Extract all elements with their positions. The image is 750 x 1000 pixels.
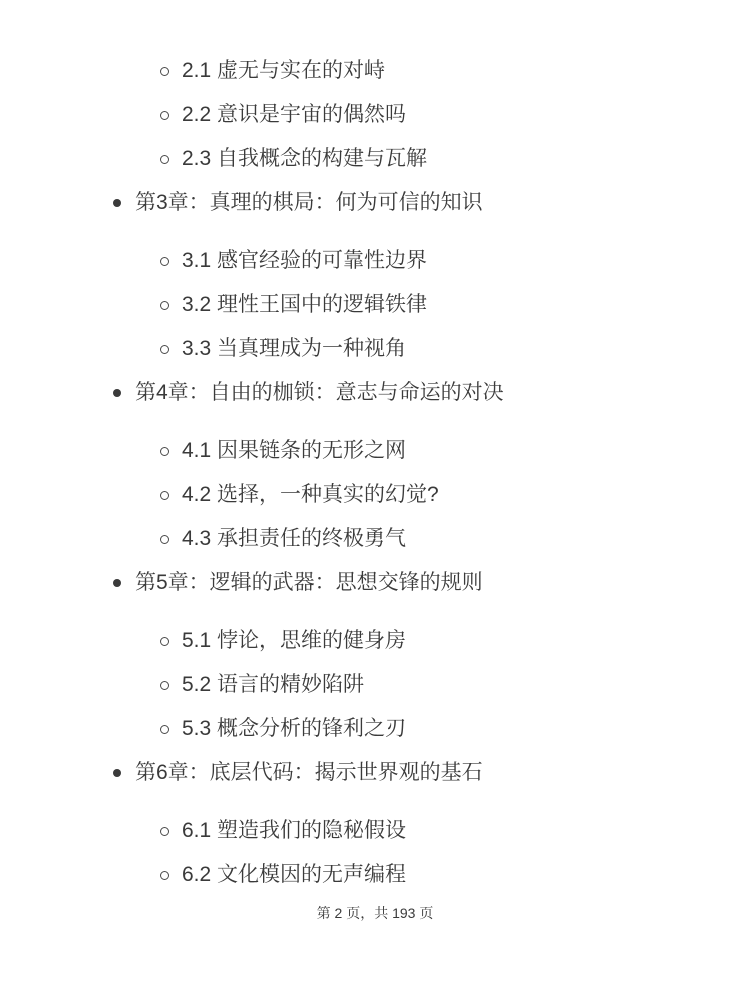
toc-sub-item: 5.1 悖论，思维的健身房 [0, 627, 750, 655]
toc-sub-label: 6.1 塑造我们的隐秘假设 [182, 817, 406, 845]
bullet-circle-icon [160, 155, 169, 164]
bullet-circle-icon [160, 345, 169, 354]
bullet-circle-icon [160, 681, 169, 690]
toc-sub-item: 5.3 概念分析的锋利之刃 [0, 715, 750, 743]
bullet-circle-icon [160, 871, 169, 880]
toc-sub-label: 4.1 因果链条的无形之网 [182, 437, 406, 465]
toc-sub-item: 2.2 意识是宇宙的偶然吗 [0, 101, 750, 129]
bullet-circle-icon [160, 491, 169, 500]
bullet-circle-icon [160, 535, 169, 544]
toc-chapter-label: 第4章：自由的枷锁：意志与命运的对决 [135, 379, 504, 407]
bullet-circle-icon [160, 725, 169, 734]
toc-chapter-item: 第3章：真理的棋局：何为可信的知识 [0, 189, 750, 217]
page-footer: 第 2 页，共 193 页 [0, 905, 750, 921]
toc-sub-label: 2.3 自我概念的构建与瓦解 [182, 145, 427, 173]
toc-sub-label: 6.2 文化模因的无声编程 [182, 861, 406, 889]
toc-chapter-item: 第5章：逻辑的武器：思想交锋的规则 [0, 569, 750, 597]
bullet-circle-icon [160, 301, 169, 310]
bullet-disc-icon [113, 769, 121, 777]
toc-sub-item: 6.1 塑造我们的隐秘假设 [0, 817, 750, 845]
toc-sub-item: 4.1 因果链条的无形之网 [0, 437, 750, 465]
toc-sub-label: 2.1 虚无与实在的对峙 [182, 57, 385, 85]
bullet-circle-icon [160, 637, 169, 646]
toc-sub-label: 3.2 理性王国中的逻辑铁律 [182, 291, 427, 319]
toc-sub-item: 2.1 虚无与实在的对峙 [0, 57, 750, 85]
bullet-disc-icon [113, 389, 121, 397]
toc-chapter-label: 第6章：底层代码：揭示世界观的基石 [135, 759, 483, 787]
toc-chapter-item: 第6章：底层代码：揭示世界观的基石 [0, 759, 750, 787]
bullet-circle-icon [160, 827, 169, 836]
bullet-circle-icon [160, 111, 169, 120]
bullet-circle-icon [160, 67, 169, 76]
toc-sub-item: 2.3 自我概念的构建与瓦解 [0, 145, 750, 173]
bullet-disc-icon [113, 199, 121, 207]
toc-sub-label: 2.2 意识是宇宙的偶然吗 [182, 101, 406, 129]
toc-sub-item: 4.3 承担责任的终极勇气 [0, 525, 750, 553]
page-indicator: 第 2 页，共 193 页 [317, 905, 434, 921]
bullet-circle-icon [160, 257, 169, 266]
toc-chapter-label: 第5章：逻辑的武器：思想交锋的规则 [135, 569, 483, 597]
toc-chapter-label: 第3章：真理的棋局：何为可信的知识 [135, 189, 483, 217]
bullet-disc-icon [113, 579, 121, 587]
toc-sub-label: 4.2 选择，一种真实的幻觉? [182, 481, 439, 509]
toc-sub-item: 3.3 当真理成为一种视角 [0, 335, 750, 363]
document-page: 2.1 虚无与实在的对峙 2.2 意识是宇宙的偶然吗 2.3 自我概念的构建与瓦… [0, 0, 750, 921]
toc-sub-label: 3.1 感官经验的可靠性边界 [182, 247, 427, 275]
toc-chapter-item: 第4章：自由的枷锁：意志与命运的对决 [0, 379, 750, 407]
toc-sub-item: 6.2 文化模因的无声编程 [0, 861, 750, 889]
toc-sub-item: 3.2 理性王国中的逻辑铁律 [0, 291, 750, 319]
toc-sub-label: 5.3 概念分析的锋利之刃 [182, 715, 406, 743]
toc-sub-item: 4.2 选择，一种真实的幻觉? [0, 481, 750, 509]
toc-sub-label: 3.3 当真理成为一种视角 [182, 335, 406, 363]
toc-sub-label: 4.3 承担责任的终极勇气 [182, 525, 406, 553]
toc-sub-item: 3.1 感官经验的可靠性边界 [0, 247, 750, 275]
toc-sub-label: 5.1 悖论，思维的健身房 [182, 627, 406, 655]
toc-sub-item: 5.2 语言的精妙陷阱 [0, 671, 750, 699]
toc-sub-label: 5.2 语言的精妙陷阱 [182, 671, 364, 699]
bullet-circle-icon [160, 447, 169, 456]
